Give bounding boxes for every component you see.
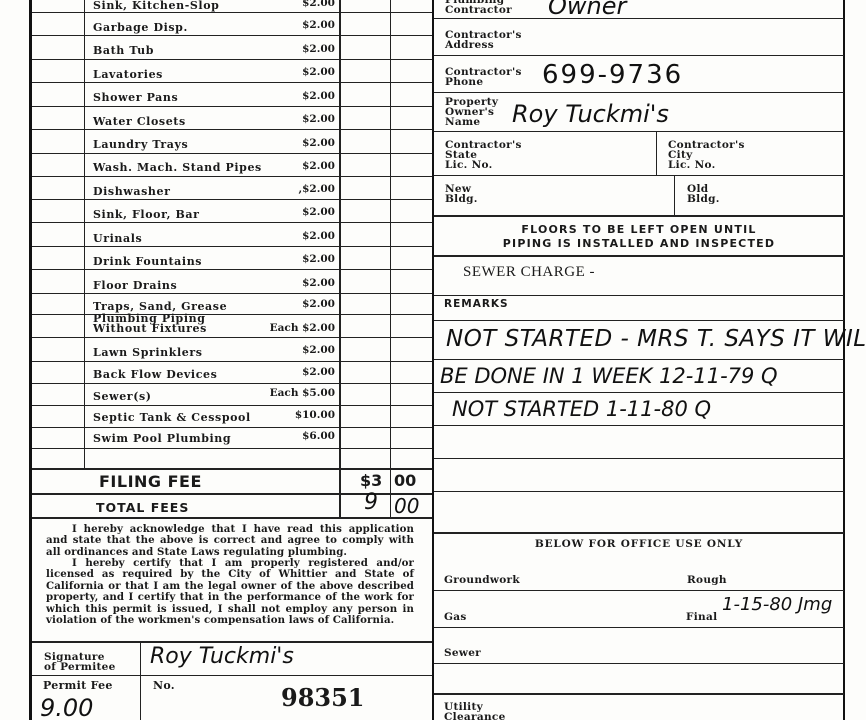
fee-item-price: $2.00	[302, 19, 335, 31]
fee-item-label: Lawn Sprinklers	[93, 346, 203, 359]
fee-item-price: $2.00	[302, 90, 335, 102]
row-line	[434, 295, 844, 296]
total-fees-dollars[interactable]: 9	[364, 490, 378, 515]
fee-item-label: Laundry Trays	[93, 138, 188, 151]
permit-fee-value[interactable]: 9.00	[40, 694, 93, 720]
row-line	[434, 175, 844, 176]
cents-column-divider	[390, 0, 391, 518]
floors-notice-line1: FLOORS TO BE LEFT OPEN UNTIL	[434, 223, 844, 237]
license-divider	[656, 132, 657, 175]
fee-item-price: Each $5.00	[270, 387, 335, 399]
gas-label: Gas	[444, 612, 467, 622]
row-line	[32, 176, 432, 177]
row-line	[434, 255, 844, 257]
row-line	[434, 590, 844, 591]
row-line	[434, 92, 844, 93]
fee-item-price: $6.00	[302, 430, 335, 442]
floors-notice-line2: PIPING IS INSTALLED AND INSPECTED	[434, 237, 844, 251]
fee-item-label: Urinals	[93, 232, 142, 245]
remarks-line	[434, 491, 844, 492]
floors-notice: FLOORS TO BE LEFT OPEN UNTIL PIPING IS I…	[434, 223, 844, 251]
row-line	[32, 12, 432, 13]
row-line	[434, 693, 844, 695]
fee-item-price: $2.00	[302, 206, 335, 218]
row-line	[32, 82, 432, 83]
row-line	[32, 59, 432, 60]
fee-item-label: Dishwasher	[93, 185, 171, 198]
fee-item-label: Garbage Disp.	[93, 21, 188, 34]
remarks-line	[434, 359, 844, 360]
amount-column-divider	[339, 0, 341, 518]
fee-item-label: Sewer(s)	[93, 390, 152, 403]
permit-fee-label: Permit Fee	[43, 681, 113, 691]
row-line	[434, 627, 844, 628]
row-line	[32, 222, 432, 223]
permit-no-label: No.	[153, 681, 175, 691]
row-line	[32, 129, 432, 130]
remarks-line	[434, 392, 844, 393]
row-line	[32, 468, 432, 470]
row-line	[32, 106, 432, 107]
center-border	[432, 0, 434, 720]
filing-fee-dollars: $3	[360, 471, 382, 490]
row-line	[32, 246, 432, 247]
fee-item-price: Each $2.00	[270, 322, 335, 334]
fee-item-price: $2.00	[302, 43, 335, 55]
row-line	[32, 383, 432, 384]
certification-text: I hereby certify that I am properly regi…	[46, 558, 414, 626]
fee-item-price: $2.00	[302, 253, 335, 265]
sewer-label: Sewer	[444, 648, 481, 658]
new-bldg-label: New Bldg.	[445, 184, 478, 204]
sewer-charge-label: SEWER CHARGE -	[463, 264, 595, 281]
fee-item-price: $2.00	[302, 113, 335, 125]
contractor-address-label: Contractor's Address	[445, 30, 522, 50]
utility-clearance-label: Utility Clearance	[444, 702, 506, 720]
property-owner-label: Property Owner's Name	[445, 97, 498, 127]
fee-item-label: Floor Drains	[93, 279, 177, 292]
contractor-phone-label: Contractor's Phone	[445, 67, 522, 87]
fee-item-label: Bath Tub	[93, 44, 154, 57]
remarks-label: REMARKS	[444, 298, 509, 310]
bldg-divider	[674, 176, 675, 215]
row-line	[32, 35, 432, 36]
signature-label: Signature of Permitee	[44, 652, 116, 672]
fee-item-label: Wash. Mach. Stand Pipes	[93, 161, 262, 174]
remarks-line-1[interactable]: NOT STARTED - MRS T. SAYS IT WILL	[446, 326, 866, 352]
fee-item-label: Back Flow Devices	[93, 368, 217, 381]
qty-column-divider	[84, 0, 85, 468]
total-fees-cents[interactable]: 00	[394, 494, 419, 518]
fee-item-label: Lavatories	[93, 68, 163, 81]
final-inspection-field[interactable]: 1-15-80 Jmg	[722, 594, 832, 615]
right-border	[843, 0, 845, 720]
remarks-line	[434, 425, 844, 426]
fee-item-label: Drink Fountains	[93, 255, 202, 268]
left-border	[29, 0, 32, 720]
signature-field[interactable]: Roy Tuckmi's	[150, 644, 294, 669]
permit-number: 98351	[281, 683, 365, 712]
signature-bottom-line	[32, 675, 432, 676]
row-line	[32, 153, 432, 154]
fee-item-price: ,$2.00	[298, 183, 335, 195]
fee-item-label: Septic Tank & Cesspool	[93, 411, 251, 424]
row-line	[434, 663, 844, 664]
row-line	[434, 131, 844, 132]
fee-item-price: $2.00	[302, 137, 335, 149]
row-line	[434, 55, 844, 56]
old-bldg-label: Old Bldg.	[687, 184, 720, 204]
plumbing-contractor-field[interactable]: Owner	[548, 0, 626, 20]
contractor-address-field[interactable]	[548, 24, 838, 52]
row-line	[32, 199, 432, 200]
acknowledgement-text: I hereby acknowledge that I have read th…	[46, 524, 414, 558]
fee-item-price: $2.00	[302, 230, 335, 242]
fee-item-label: Swim Pool Plumbing	[93, 432, 231, 445]
fee-item-price: $2.00	[302, 160, 335, 172]
row-line	[32, 517, 432, 519]
plumbing-contractor-label: Plumbing Contractor	[445, 0, 512, 15]
remarks-line	[434, 458, 844, 459]
fee-item-label: Plumbing Piping Without Fixtures	[93, 314, 207, 334]
rough-label: Rough	[687, 575, 727, 585]
fee-item-price: $2.00	[302, 366, 335, 378]
remarks-line	[434, 320, 844, 321]
row-line	[32, 427, 432, 428]
state-license-label: Contractor's State Lic. No.	[445, 140, 522, 170]
row-line	[32, 293, 432, 294]
filing-fee-cents: 00	[394, 471, 416, 490]
row-line	[32, 314, 432, 315]
row-line	[32, 337, 432, 338]
fee-item-price: $2.00	[302, 344, 335, 356]
fee-item-price: $2.00	[302, 277, 335, 289]
final-label: Final	[686, 612, 717, 622]
filing-fee-label: FILING FEE	[99, 472, 202, 491]
total-fees-label: TOTAL FEES	[96, 500, 189, 515]
fee-item-price: $2.00	[302, 66, 335, 78]
row-line	[434, 215, 844, 217]
city-license-label: Contractor's City Lic. No.	[668, 140, 745, 170]
row-line	[32, 361, 432, 362]
remarks-line-2[interactable]: BE DONE IN 1 WEEK 12-11-79 Q	[440, 364, 778, 388]
fee-item-label: Water Closets	[93, 115, 186, 128]
contractor-phone-field[interactable]: 699-9736	[542, 60, 683, 90]
fee-item-price: $2.00	[302, 0, 335, 9]
fee-item-price: $2.00	[302, 298, 335, 310]
signature-top-line	[32, 641, 432, 643]
fee-item-price: $10.00	[295, 409, 335, 421]
fee-item-label: Shower Pans	[93, 91, 178, 104]
row-line	[434, 18, 844, 19]
property-owner-field[interactable]: Roy Tuckmi's	[512, 100, 669, 128]
remarks-line-3[interactable]: NOT STARTED 1-11-80 Q	[452, 397, 711, 421]
office-use-title: BELOW FOR OFFICE USE ONLY	[434, 538, 844, 550]
row-line	[32, 405, 432, 406]
remarks-bottom-line	[434, 532, 844, 534]
fee-item-label: Sink, Floor, Bar	[93, 208, 200, 221]
row-line	[32, 269, 432, 270]
groundwork-label: Groundwork	[444, 575, 520, 585]
row-line	[32, 448, 432, 449]
signature-divider	[140, 643, 141, 720]
fee-item-label: Sink, Kitchen-Slop	[93, 0, 219, 12]
